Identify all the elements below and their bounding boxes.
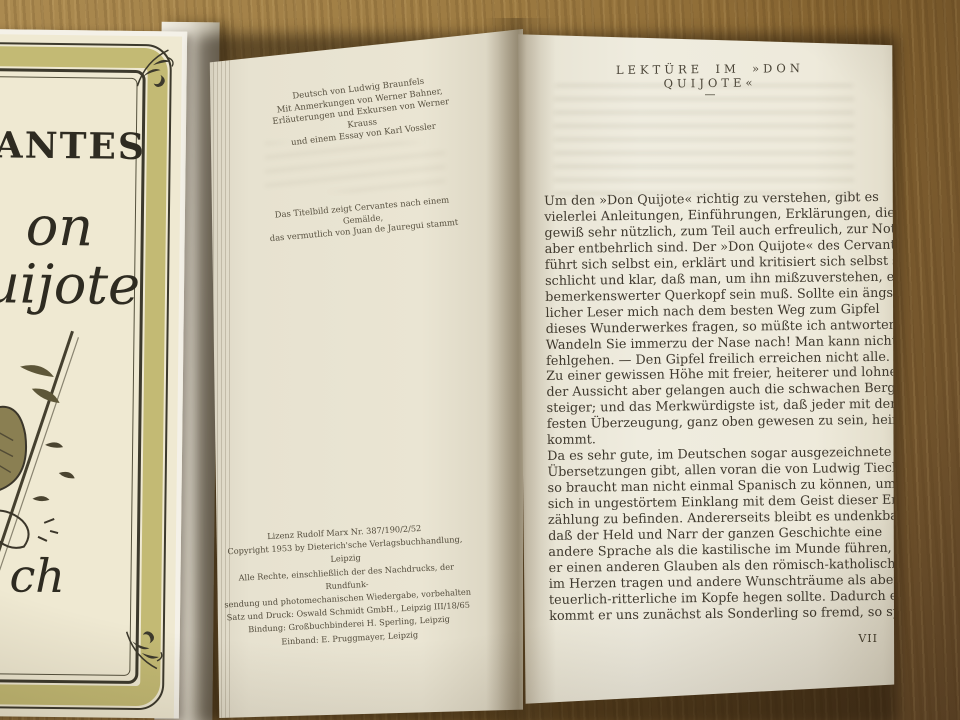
cover-title-line1: on xyxy=(25,195,93,259)
cover-author-text: ANTES xyxy=(0,124,146,168)
corner-ornament-icon xyxy=(122,628,169,675)
book-photo-scene: ANTES on uijote ch Deutsch von Ludwig Br… xyxy=(0,0,960,720)
show-through-text xyxy=(554,84,854,200)
corner-ornament-icon xyxy=(133,44,180,91)
verso-imprint-page: Deutsch von Ludwig BraunfelsMit Anmerkun… xyxy=(205,22,523,718)
open-book: Deutsch von Ludwig BraunfelsMit Anmerkun… xyxy=(200,18,900,720)
left-book-dust-jacket: ANTES on uijote ch xyxy=(0,28,187,718)
frontispiece-caption: Das Titelbild zeigt Cervantes nach einem… xyxy=(256,193,470,246)
cover-illustration-bird-foliage xyxy=(0,326,101,579)
page-number: VII xyxy=(544,632,878,645)
paragraph: Da es sehr gute, im Deutschen sogar ausg… xyxy=(547,445,883,625)
text-line: kommt er uns zunächst als Sonderling so … xyxy=(549,605,883,625)
paragraph: Um den »Don Quijote« richtig zu verstehe… xyxy=(544,190,881,449)
essay-body-text: Um den »Don Quijote« richtig zu verstehe… xyxy=(544,190,883,625)
recto-essay-page: LEKTÜRE IM »DON QUIJOTE« — Um den »Don Q… xyxy=(518,26,898,712)
copyright-imprint: Lizenz Rudolf Marx Nr. 387/190/2/52Copyr… xyxy=(218,519,476,651)
cover-title-line2: uijote xyxy=(0,252,140,317)
translation-credits: Deutsch von Ludwig BraunfelsMit Anmerkun… xyxy=(260,73,461,152)
cover-bottom-text: ch xyxy=(9,548,65,603)
